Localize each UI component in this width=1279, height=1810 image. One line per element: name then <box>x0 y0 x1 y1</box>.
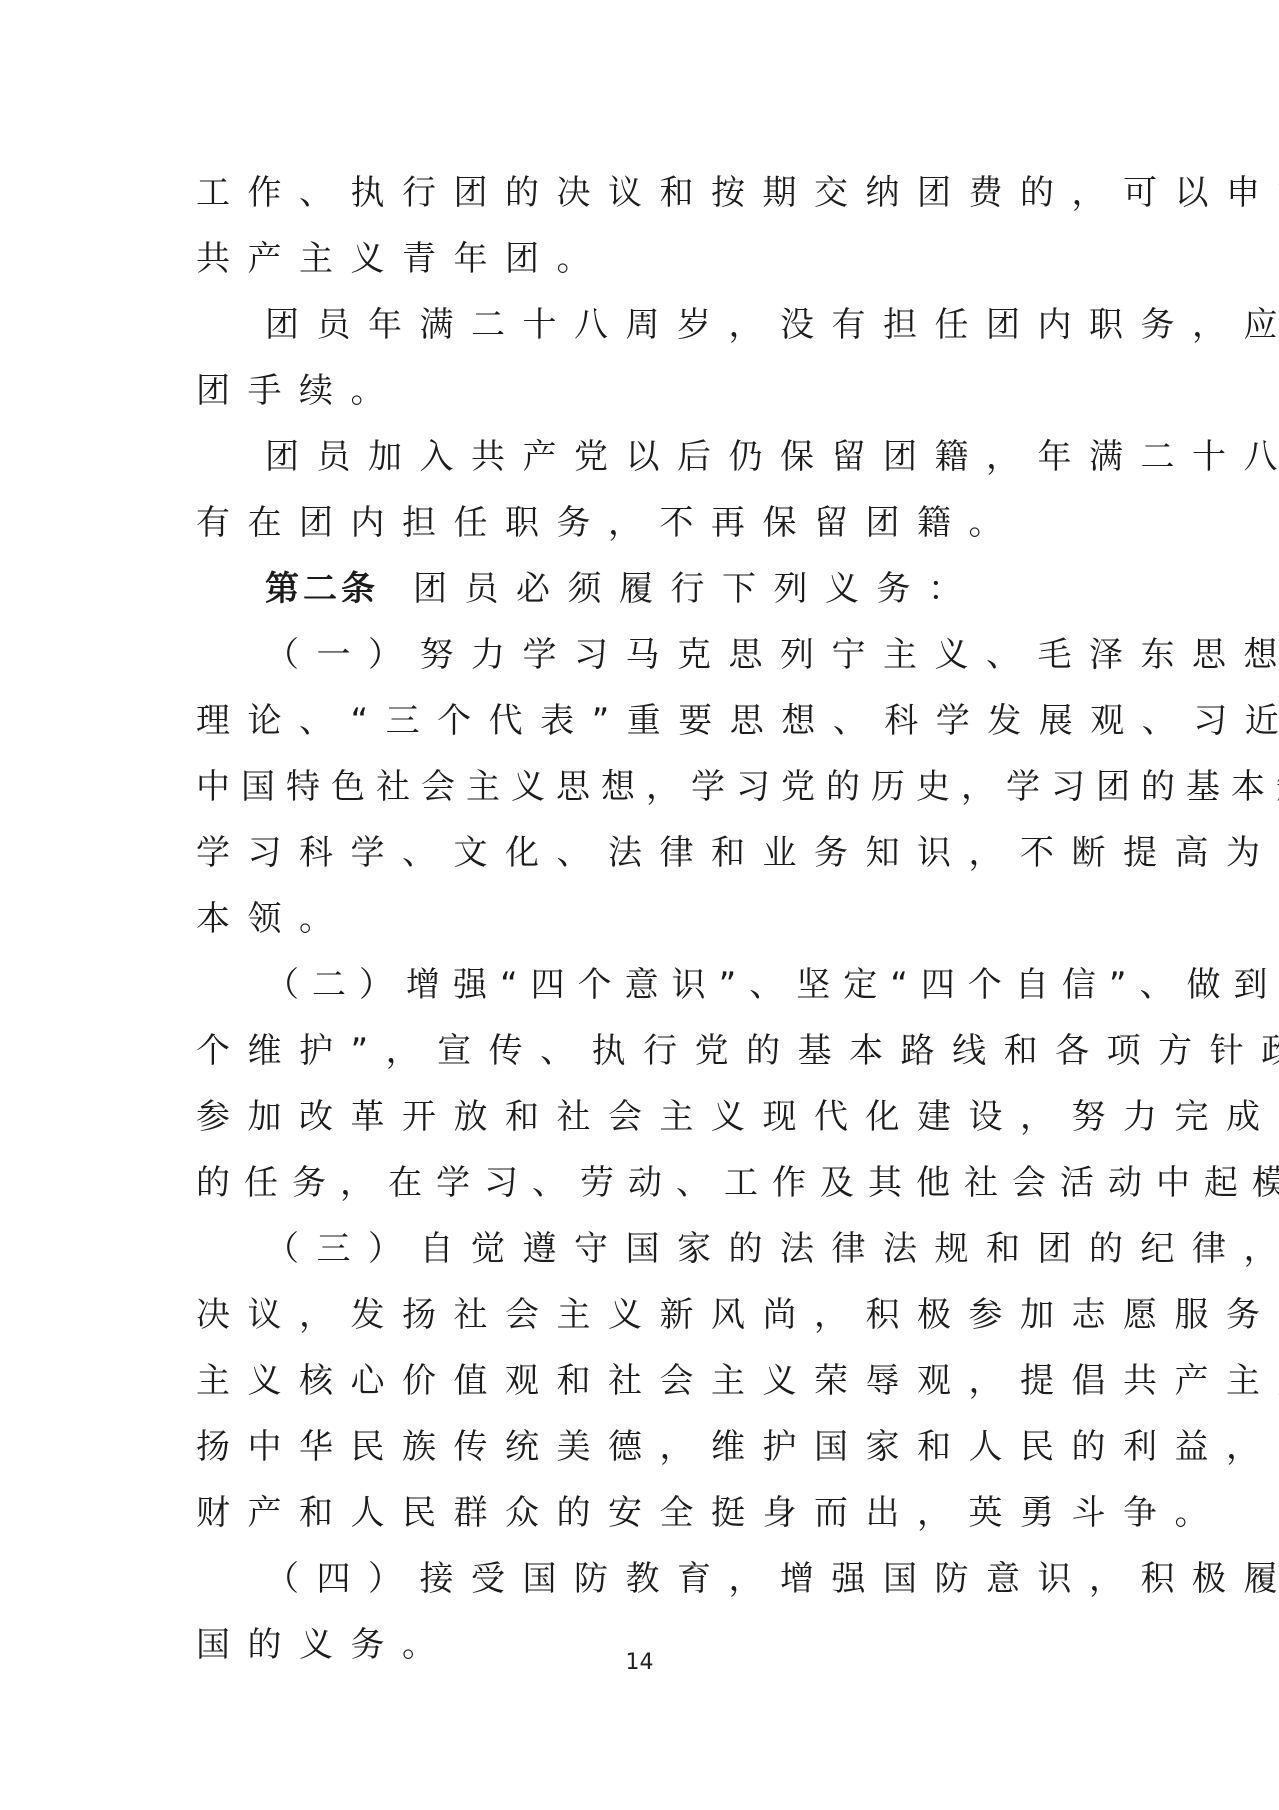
text-line: （一）努力学习马克思列宁主义、毛泽东思想、邓小平 <box>196 622 1086 688</box>
text-line: 财产和人民群众的安全挺身而出，英勇斗争。 <box>196 1480 1086 1546</box>
text-line: 团员加入共产党以后仍保留团籍，年满二十八周岁，没 <box>196 424 1086 490</box>
text-line: 个维护”，宣传、执行党的基本路线和各项方针政策，积极 <box>196 1018 1086 1084</box>
page-number: 14 <box>0 1650 1279 1675</box>
document-body: 工作、执行团的决议和按期交纳团费的，可以申请加入中国 共产主义青年团。 团员年满… <box>196 160 1086 1678</box>
text-line: 团手续。 <box>196 358 1086 424</box>
text-line: 主义核心价值观和社会主义荣辱观，提倡共产主义道德，弘 <box>196 1348 1086 1414</box>
text-line: 本领。 <box>196 886 1086 952</box>
text-line: 理论、“三个代表”重要思想、科学发展观、习近平新时代 <box>196 688 1086 754</box>
text-line: 工作、执行团的决议和按期交纳团费的，可以申请加入中国 <box>196 160 1086 226</box>
text-line: 参加改革开放和社会主义现代化建设，努力完成团组织交给 <box>196 1084 1086 1150</box>
text-line: 团员年满二十八周岁，没有担任团内职务，应该办理离 <box>196 292 1086 358</box>
text-line: （三）自觉遵守国家的法律法规和团的纪律，执行团的 <box>196 1216 1086 1282</box>
text-line: 的任务，在学习、劳动、工作及其他社会活动中起模范作用。 <box>196 1150 1086 1216</box>
document-page: 工作、执行团的决议和按期交纳团费的，可以申请加入中国 共产主义青年团。 团员年满… <box>0 0 1279 1810</box>
text-line: （四）接受国防教育，增强国防意识，积极履行保卫祖 <box>196 1546 1086 1612</box>
text-line: 决议，发扬社会主义新风尚，积极参加志愿服务，实践社会 <box>196 1282 1086 1348</box>
article-number: 第二条 <box>265 569 379 609</box>
text-line: （二）增强“四个意识”、坚定“四个自信”、做到“两 <box>196 952 1086 1018</box>
article-heading-line: 第二条团员必须履行下列义务： <box>196 556 1086 622</box>
text-line: 有在团内担任职务，不再保留团籍。 <box>196 490 1086 556</box>
text-line: 扬中华民族传统美德，维护国家和人民的利益，为保护国家 <box>196 1414 1086 1480</box>
article-text: 团员必须履行下列义务： <box>413 569 980 609</box>
text-line: 学习科学、文化、法律和业务知识，不断提高为人民服务的 <box>196 820 1086 886</box>
text-line: 共产主义青年团。 <box>196 226 1086 292</box>
text-line: 中国特色社会主义思想，学习党的历史，学习团的基本知识， <box>196 754 1086 820</box>
